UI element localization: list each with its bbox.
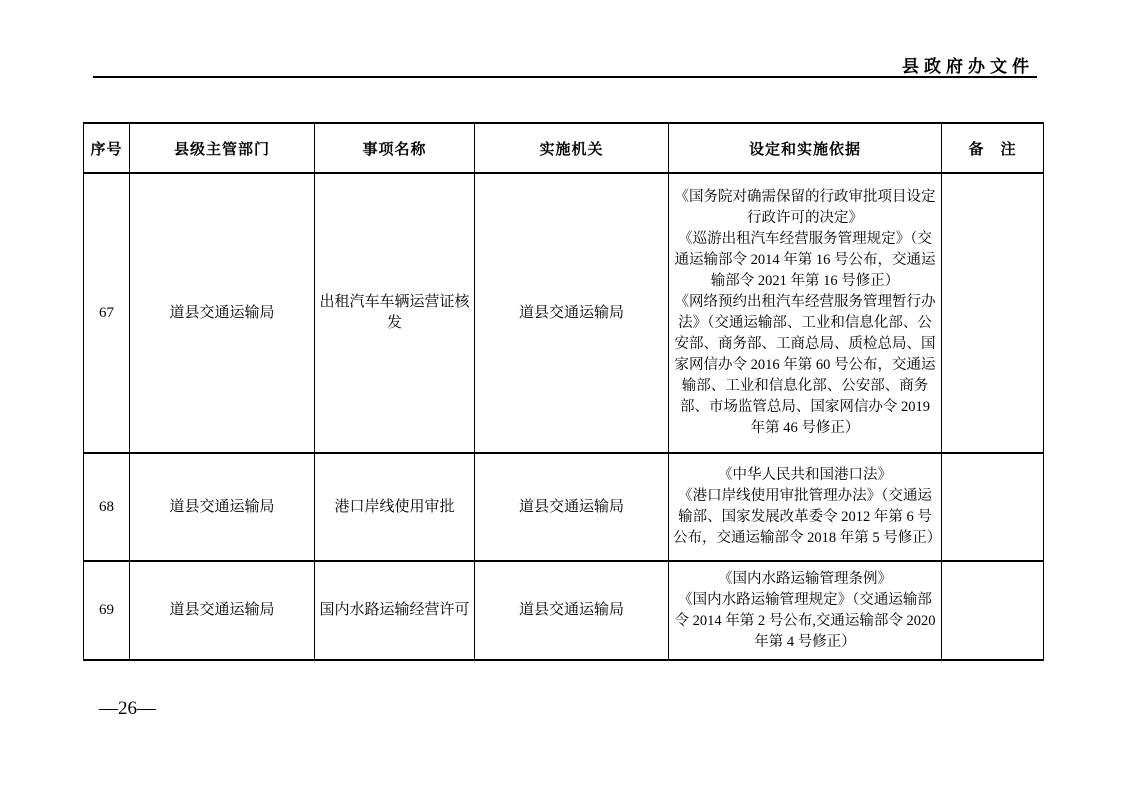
basis-paragraph: 《国内水路运输管理规定》（交通运输部令 2014 年第 2 号公布,交通运输部令…: [673, 590, 937, 653]
page-header-title: 县政府办文件: [902, 52, 1034, 77]
approval-items-table: 序号县级主管部门事项名称实施机关设定和实施依据备 注 67道县交通运输局出租汽车…: [83, 122, 1044, 661]
table-header-row: 序号县级主管部门事项名称实施机关设定和实施依据备 注: [84, 123, 1044, 173]
table-body: 67道县交通运输局出租汽车车辆运营证核发道县交通运输局《国务院对确需保留的行政审…: [84, 173, 1044, 660]
column-header-basis: 设定和实施依据: [669, 123, 942, 173]
page-number: —26—: [99, 698, 156, 720]
cell-department: 道县交通运输局: [130, 173, 315, 453]
basis-paragraph: 《网络预约出租汽车经营服务管理暂行办法》（交通运输部、工业和信息化部、公安部、商…: [673, 292, 937, 439]
column-header-index: 序号: [84, 123, 130, 173]
cell-department: 道县交通运输局: [130, 453, 315, 561]
cell-remarks: [942, 173, 1044, 453]
document-page: 县政府办文件 序号县级主管部门事项名称实施机关设定和实施依据备 注 67道县交通…: [0, 0, 1122, 793]
cell-basis: 《国内水路运输管理条例》《国内水路运输管理规定》（交通运输部令 2014 年第 …: [669, 561, 942, 660]
column-header-item: 事项名称: [315, 123, 475, 173]
cell-item: 国内水路运输经营许可: [315, 561, 475, 660]
cell-item: 港口岸线使用审批: [315, 453, 475, 561]
cell-index: 68: [84, 453, 130, 561]
basis-paragraph: 《中华人民共和国港口法》: [673, 465, 937, 486]
cell-remarks: [942, 561, 1044, 660]
cell-basis: 《国务院对确需保留的行政审批项目设定行政许可的决定》《巡游出租汽车经营服务管理规…: [669, 173, 942, 453]
cell-item: 出租汽车车辆运营证核发: [315, 173, 475, 453]
cell-agency: 道县交通运输局: [475, 453, 669, 561]
cell-index: 69: [84, 561, 130, 660]
cell-department: 道县交通运输局: [130, 561, 315, 660]
basis-paragraph: 《港口岸线使用审批管理办法》（交通运输部、国家发展改革委令 2012 年第 6 …: [673, 486, 937, 549]
cell-index: 67: [84, 173, 130, 453]
table-head: 序号县级主管部门事项名称实施机关设定和实施依据备 注: [84, 123, 1044, 173]
table-row: 67道县交通运输局出租汽车车辆运营证核发道县交通运输局《国务院对确需保留的行政审…: [84, 173, 1044, 453]
cell-remarks: [942, 453, 1044, 561]
cell-basis: 《中华人民共和国港口法》《港口岸线使用审批管理办法》（交通运输部、国家发展改革委…: [669, 453, 942, 561]
column-header-remarks: 备 注: [942, 123, 1044, 173]
header-rule: [93, 76, 1037, 78]
table-row: 68道县交通运输局港口岸线使用审批道县交通运输局《中华人民共和国港口法》《港口岸…: [84, 453, 1044, 561]
cell-agency: 道县交通运输局: [475, 561, 669, 660]
basis-paragraph: 《国内水路运输管理条例》: [673, 569, 937, 590]
column-header-department: 县级主管部门: [130, 123, 315, 173]
basis-paragraph: 《巡游出租汽车经营服务管理规定》（交通运输部令 2014 年第 16 号公布，交…: [673, 229, 937, 292]
basis-paragraph: 《国务院对确需保留的行政审批项目设定行政许可的决定》: [673, 187, 937, 229]
table-row: 69道县交通运输局国内水路运输经营许可道县交通运输局《国内水路运输管理条例》《国…: [84, 561, 1044, 660]
cell-agency: 道县交通运输局: [475, 173, 669, 453]
column-header-agency: 实施机关: [475, 123, 669, 173]
